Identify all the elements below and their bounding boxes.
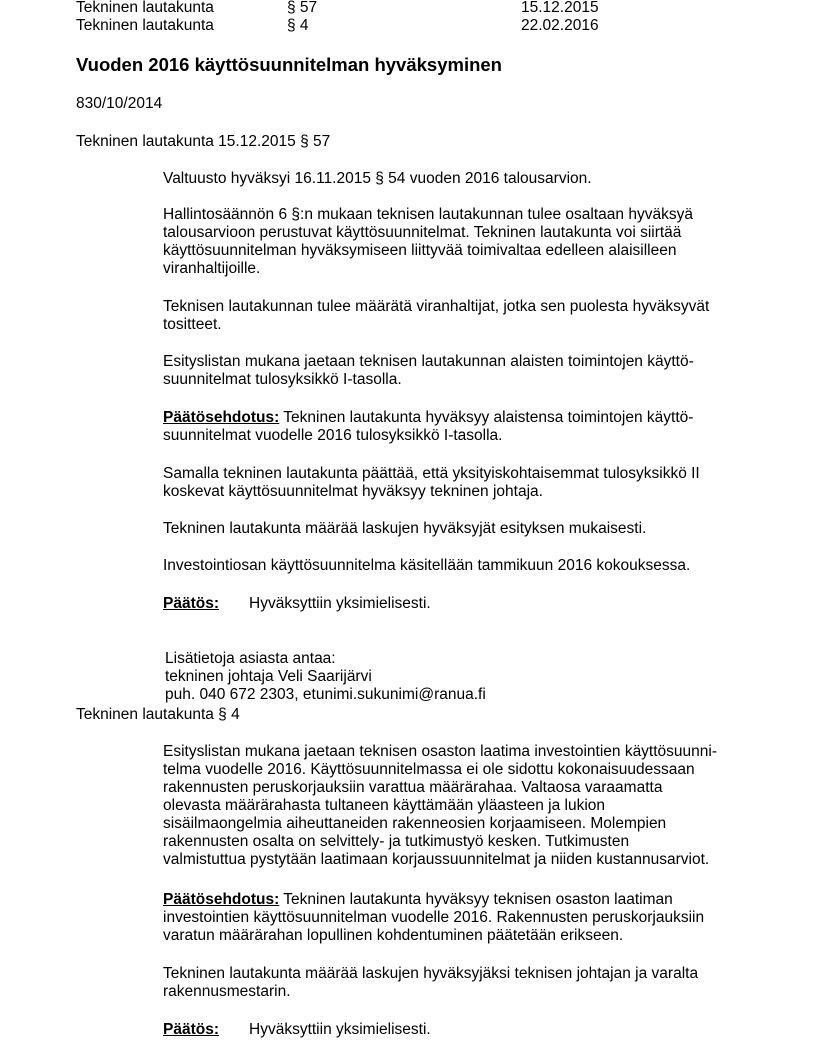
document-title: Vuoden 2016 käyttösuunnitelman hyväksymi… xyxy=(76,54,502,76)
proposal-line: suunnitelmat vuodelle 2016 tulosyksikkö … xyxy=(163,427,502,445)
history-body: Tekninen lautakunta xyxy=(76,0,214,17)
paragraph-line: Tekninen lautakunta määrää laskujen hyvä… xyxy=(163,520,646,538)
paragraph-line: rakennusten peruskorjauksiin varattua mä… xyxy=(163,779,662,797)
decision-label: Päätös: xyxy=(163,595,219,612)
contact-line: Lisätietoja asiasta antaa: xyxy=(165,650,336,668)
meeting-heading: Tekninen lautakunta 15.12.2015 § 57 xyxy=(76,133,330,151)
paragraph-line: rakennusten osalta on selvittely- ja tut… xyxy=(163,833,629,851)
paragraph-line: viranhaltijoille. xyxy=(163,260,260,278)
decision-text: Hyväksyttiin yksimielisesti. xyxy=(249,1021,431,1039)
decision-line: Päätös: Hyväksyttiin yksimielisesti. xyxy=(163,595,219,613)
proposal-label: Päätösehdotus: xyxy=(163,409,279,426)
case-number: 830/10/2014 xyxy=(76,95,162,113)
history-section: § 57 xyxy=(287,0,317,17)
paragraph-line: Esityslistan mukana jaetaan teknisen osa… xyxy=(163,743,717,761)
proposal-line: varatun määrärahan lopullinen kohdentumi… xyxy=(163,927,623,945)
proposal-line: Päätösehdotus: Tekninen lautakunta hyväk… xyxy=(163,891,673,909)
paragraph-line: olevasta määrärahasta tultaneen käyttämä… xyxy=(163,797,605,815)
paragraph-line: Teknisen lautakunnan tulee määrätä viran… xyxy=(163,298,709,316)
paragraph-line: Tekninen lautakunta määrää laskujen hyvä… xyxy=(163,965,698,983)
paragraph-line: käyttösuunnitelman hyväksymiseen liittyv… xyxy=(163,242,677,260)
paragraph-line: valmistuttua pystytään laatimaan korjaus… xyxy=(163,851,709,869)
decision-line: Päätös: Hyväksyttiin yksimielisesti. xyxy=(163,1021,219,1039)
paragraph-line: Samalla tekninen lautakunta päättää, ett… xyxy=(163,465,700,483)
paragraph-line: tositteet. xyxy=(163,316,222,334)
proposal-text: Tekninen lautakunta hyväksyy alaistensa … xyxy=(283,409,693,426)
history-section: § 4 xyxy=(287,17,309,35)
proposal-line: Päätösehdotus: Tekninen lautakunta hyväk… xyxy=(163,409,693,427)
paragraph-line: Valtuusto hyväksyi 16.11.2015 § 54 vuode… xyxy=(163,170,592,188)
decision-label: Päätös: xyxy=(163,1021,219,1038)
proposal-label: Päätösehdotus: xyxy=(163,891,279,908)
history-date: 22.02.2016 xyxy=(521,17,599,35)
paragraph-line: Esityslistan mukana jaetaan teknisen lau… xyxy=(163,353,694,371)
contact-line: tekninen johtaja Veli Saarijärvi xyxy=(165,668,372,686)
paragraph-line: Hallintosäännön 6 §:n mukaan teknisen la… xyxy=(163,206,693,224)
paragraph-line: talousarvioon perustuvat käyttösuunnitel… xyxy=(163,224,681,242)
paragraph-line: sisäilmaongelmia aiheuttaneiden rakenneo… xyxy=(163,815,666,833)
paragraph-line: telma vuodelle 2016. Käyttösuunnitelmass… xyxy=(163,761,695,779)
paragraph-line: Investointiosan käyttösuunnitelma käsite… xyxy=(163,557,690,575)
paragraph-line: suunnitelmat tulosyksikkö I-tasolla. xyxy=(163,371,402,389)
contact-line: puh. 040 672 2303, etunimi.sukunimi@ranu… xyxy=(165,686,486,704)
history-date: 15.12.2015 xyxy=(521,0,599,17)
meeting-heading: Tekninen lautakunta § 4 xyxy=(76,706,240,724)
proposal-line: investointien käyttösuunnitelman vuodell… xyxy=(163,909,704,927)
proposal-text: Tekninen lautakunta hyväksyy teknisen os… xyxy=(283,891,672,908)
decision-text: Hyväksyttiin yksimielisesti. xyxy=(249,595,431,613)
paragraph-line: rakennusmestarin. xyxy=(163,983,291,1001)
history-body: Tekninen lautakunta xyxy=(76,17,214,35)
paragraph-line: koskevat käyttösuunnitelmat hyväksyy tek… xyxy=(163,483,543,501)
